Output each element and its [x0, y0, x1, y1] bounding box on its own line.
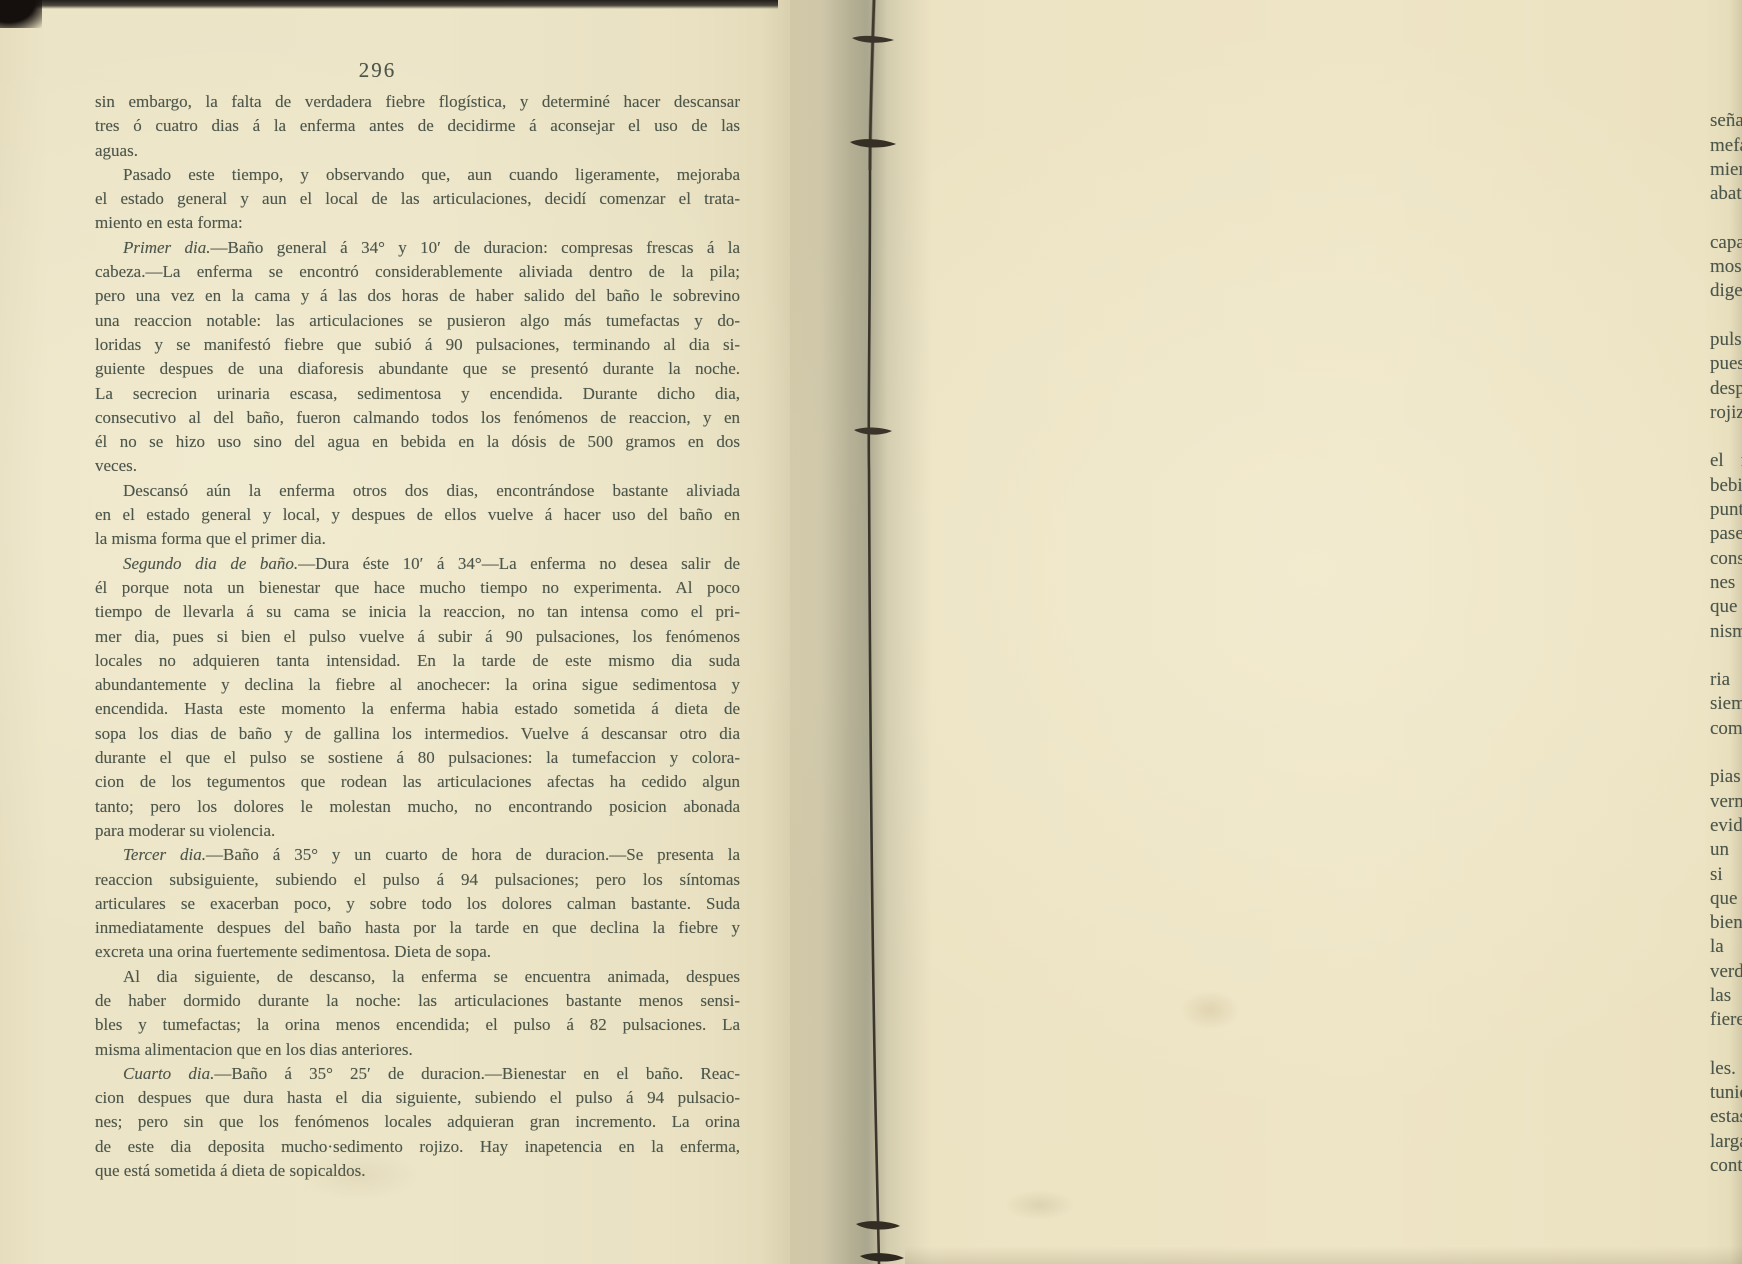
- thread-knot: [852, 36, 894, 43]
- photo-top-edge: [0, 0, 778, 9]
- book-scan: 296 sin embargo, la falta de verdadera f…: [0, 0, 1742, 1264]
- text-line: consecutivo al del baño, fueron calmando…: [95, 406, 740, 430]
- text-line: él porque nota un bienestar que hace muc…: [95, 576, 740, 600]
- text-line: sopa los dias de baño y de gallina los i…: [95, 722, 740, 746]
- text-line: abundantemente y declina la fiebre al an…: [95, 673, 740, 697]
- text-line: sin embargo, la falta de verdadera fiebr…: [95, 90, 740, 114]
- page-text: sin embargo, la falta de verdadera fiebr…: [95, 90, 740, 1183]
- text-line: cabeza.—La enferma se encontró considera…: [95, 260, 740, 284]
- text-line: tres ó cuatro dias á la enferma antes de…: [95, 114, 740, 138]
- binding-thread: [830, 0, 920, 1264]
- page-number: 296: [95, 58, 660, 83]
- text-line: él no se hizo uso sino del agua en bebid…: [95, 430, 740, 454]
- text-line: Descansó aún la enferma otros dos dias, …: [95, 479, 740, 503]
- text-line: de haber dormido durante la noche: las a…: [95, 989, 740, 1013]
- text-line: pero una vez en la cama y á las dos hora…: [95, 284, 740, 308]
- thread-knot: [854, 427, 892, 434]
- text-line: miento en esta forma:: [95, 211, 740, 235]
- text-line: que está sometida á dieta de sopicaldos.: [95, 1159, 740, 1183]
- text-line: reaccion subsiguiente, subiendo el pulso…: [95, 868, 740, 892]
- thread-knot: [850, 139, 896, 147]
- text-line: de este dia deposita mucho·sedimento roj…: [95, 1135, 740, 1159]
- text-line: Tercer dia.—Baño á 35° y un cuarto de ho…: [95, 843, 740, 867]
- photo-corner-blotch: [0, 0, 42, 28]
- text-line: nes; pero sin que los fenómenos locales …: [95, 1110, 740, 1134]
- text-line: bles y tumefactas; la orina menos encend…: [95, 1013, 740, 1037]
- text-line: Primer dia.—Baño general á 34° y 10′ de …: [95, 236, 740, 260]
- text-line: durante el que el pulso se sostiene á 80…: [95, 746, 740, 770]
- left-page: 296 sin embargo, la falta de verdadera f…: [0, 0, 790, 1264]
- text-line: para moderar su violencia.: [95, 819, 740, 843]
- thread-knot: [860, 1253, 904, 1261]
- right-page: 297 Descansa dos dias consecutivos, dura…: [790, 0, 1742, 1264]
- text-line: en el estado general y local, y despues …: [95, 503, 740, 527]
- text-line: aguas.: [95, 139, 740, 163]
- text-line: locales no adquieren tanta intensidad. E…: [95, 649, 740, 673]
- page-right-edge: [1730, 0, 1742, 1264]
- text-line: cion despues que dura hasta el dia sigui…: [95, 1086, 740, 1110]
- thread-knot: [856, 1221, 900, 1229]
- text-line: articulares se exacerban poco, y sobre t…: [95, 892, 740, 916]
- text-line: cion de los tegumentos que rodean las ar…: [95, 770, 740, 794]
- text-line: La secrecion urinaria escasa, sedimentos…: [95, 382, 740, 406]
- text-line: Al dia siguiente, de descanso, la enferm…: [95, 965, 740, 989]
- text-line: Cuarto dia.—Baño á 35° 25′ de duracion.—…: [95, 1062, 740, 1086]
- text-line: veces.: [95, 454, 740, 478]
- text-line: una reaccion notable: las articulaciones…: [95, 309, 740, 333]
- page-bottom-edge: [905, 1246, 1742, 1264]
- text-line: encendida. Hasta este momento la enferma…: [95, 697, 740, 721]
- text-line: Pasado este tiempo, y observando que, au…: [95, 163, 740, 187]
- text-line: guiente despues de una diaforesis abunda…: [95, 357, 740, 381]
- text-line: el estado general y aun el local de las …: [95, 187, 740, 211]
- text-line: loridas y se manifestó fiebre que subió …: [95, 333, 740, 357]
- text-line: mer dia, pues si bien el pulso vuelve á …: [95, 625, 740, 649]
- text-line: inmediatamente despues del baño hasta po…: [95, 916, 740, 940]
- text-line: excreta una orina fuertemente sedimentos…: [95, 940, 740, 964]
- text-line: misma alimentacion que en los dias anter…: [95, 1038, 740, 1062]
- text-line: tanto; pero los dolores le molestan much…: [95, 795, 740, 819]
- text-line: la misma forma que el primer dia.: [95, 527, 740, 551]
- text-line: tiempo de llevarla á su cama se inicia l…: [95, 600, 740, 624]
- text-line: Segundo dia de baño.—Dura éste 10′ á 34°…: [95, 552, 740, 576]
